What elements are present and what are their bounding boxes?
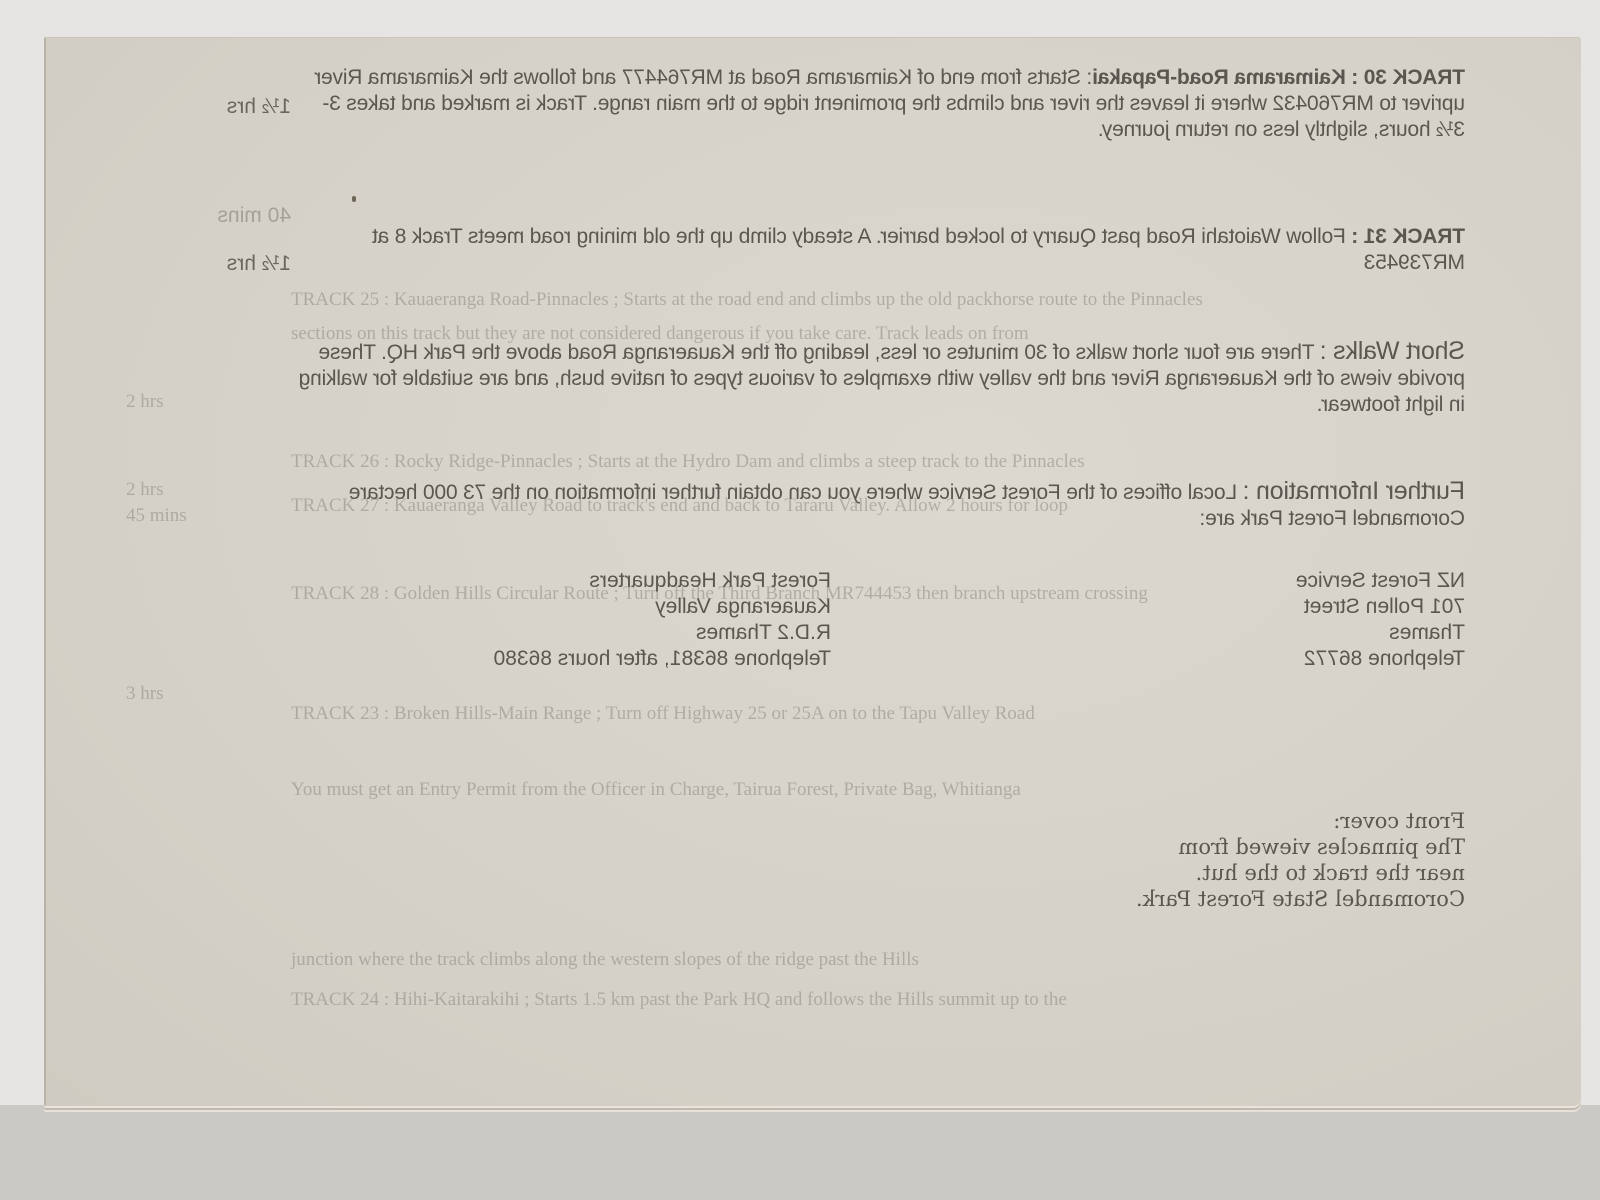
further-information-title: Further Information : bbox=[1243, 477, 1465, 505]
track-30-entry: TRACK 30 : Kaimarama Road-Papakai: Start… bbox=[295, 65, 1465, 143]
address-park-headquarters: Forest Park Headquarters Kauaeranga Vall… bbox=[494, 568, 831, 672]
track-31-duration: 1½ hrs bbox=[161, 252, 291, 276]
ink-speck bbox=[352, 196, 356, 202]
surface bbox=[0, 1105, 1600, 1200]
address-line: Forest Park Headquarters bbox=[494, 568, 831, 594]
address-line: NZ Forest Service bbox=[1296, 568, 1465, 594]
caption-line: The pinnacles viewed from bbox=[1136, 834, 1465, 860]
printed-page: TRACK 25 : Kauaeranga Road-Pinnacles ; S… bbox=[44, 37, 1581, 1106]
caption-line: Front cover: bbox=[1136, 808, 1465, 834]
track-30-duration: 1½ hrs bbox=[161, 95, 291, 119]
address-line: Thames bbox=[1296, 620, 1465, 646]
address-line: Telephone 86381, after hours 86380 bbox=[494, 646, 831, 672]
front-cover-caption: Front cover: The pinnacles viewed from n… bbox=[1136, 808, 1465, 912]
track-31-title: TRACK 31 : bbox=[1351, 225, 1465, 248]
mirrored-front-text: TRACK 30 : Kaimarama Road-Papakai: Start… bbox=[46, 38, 1581, 1106]
short-walks-title: Short Walks : bbox=[1320, 337, 1465, 365]
short-walks-entry: Short Walks : There are four short walks… bbox=[295, 338, 1465, 418]
track-31-duration-alt: 40 mins bbox=[161, 204, 291, 228]
address-line: Telephone 86772 bbox=[1296, 646, 1465, 672]
address-line: 701 Pollen Street bbox=[1296, 594, 1465, 620]
caption-line: near the track to the hut. bbox=[1136, 860, 1465, 886]
further-information-entry: Further Information : Local offices of t… bbox=[295, 478, 1465, 532]
track-31-body: Follow Waiotahi Road past Quarry to lock… bbox=[372, 225, 1465, 274]
address-line: R.D.2 Thames bbox=[494, 620, 831, 646]
address-line: Kauaeranga Valley bbox=[494, 594, 831, 620]
short-walks-body: There are four short walks of 30 minutes… bbox=[299, 341, 1465, 416]
caption-line: Coromandel State Forest Park. bbox=[1136, 886, 1465, 912]
address-forest-service: NZ Forest Service 701 Pollen Street Tham… bbox=[1296, 568, 1465, 672]
track-30-title: TRACK 30 : Kaimarama Road-Papakai bbox=[1092, 66, 1465, 89]
track-31-entry: TRACK 31 : Follow Waiotahi Road past Qua… bbox=[295, 224, 1465, 276]
